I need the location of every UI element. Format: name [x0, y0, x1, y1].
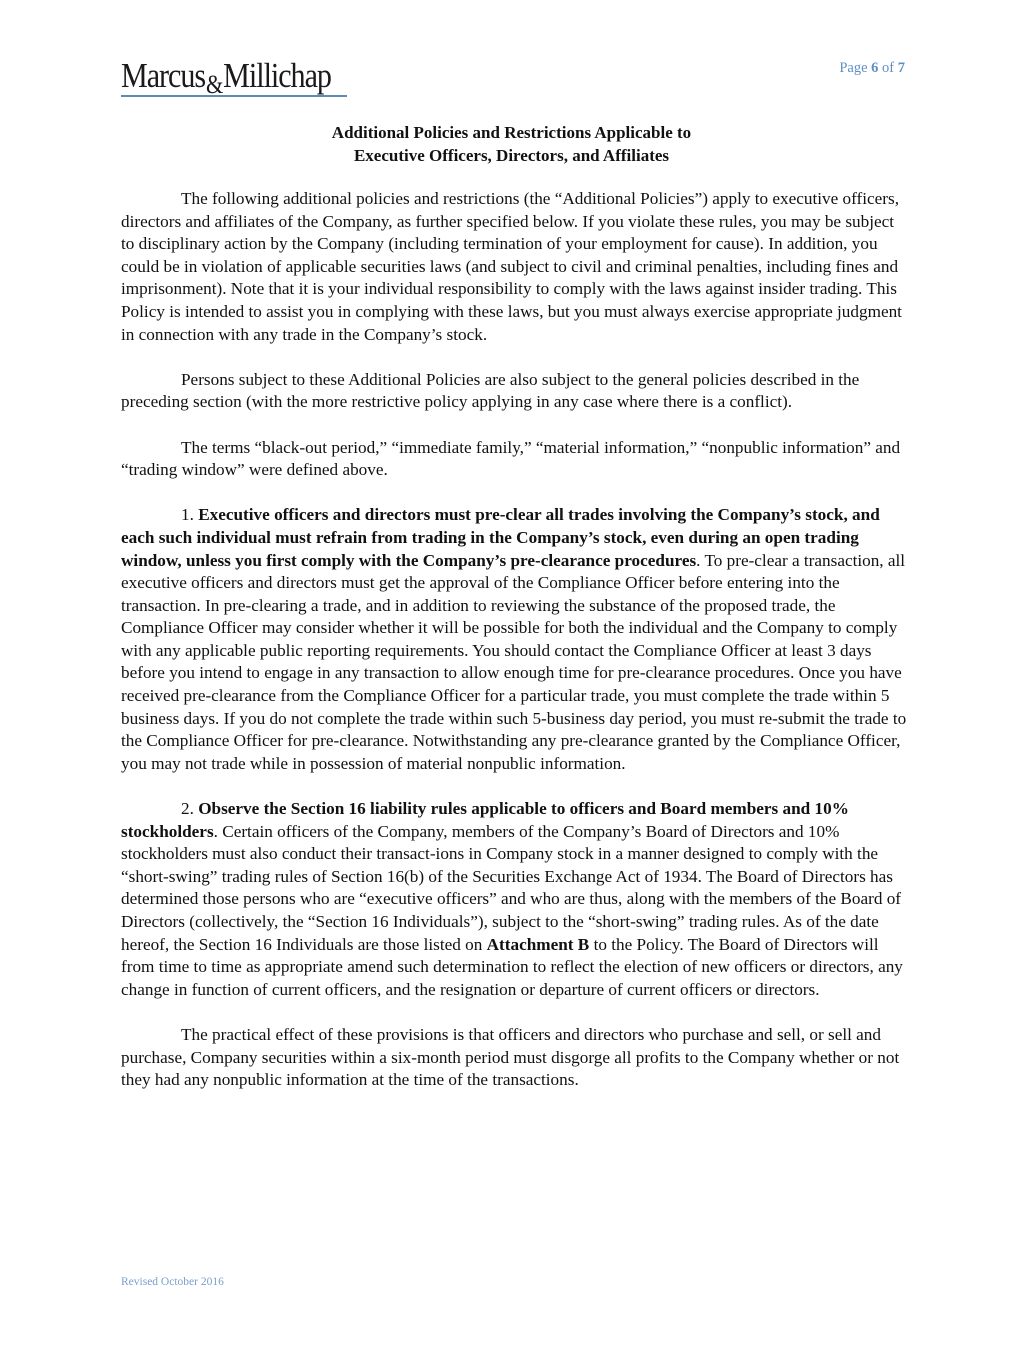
- attachment-b-reference: Attachment B: [487, 935, 590, 954]
- item-2-section-16: 2. Observe the Section 16 liability rule…: [121, 798, 907, 1001]
- page-of: of: [882, 60, 894, 76]
- page-label: Page: [839, 60, 867, 76]
- section-title: Additional Policies and Restrictions App…: [0, 122, 1023, 167]
- revision-footer: Revised October 2016: [121, 1276, 224, 1288]
- section-title-line-2: Executive Officers, Directors, and Affil…: [0, 145, 1023, 168]
- logo-underline: [121, 95, 347, 97]
- page-number: Page 6 of 7: [839, 60, 905, 77]
- item-1-text: . To pre-clear a transaction, all execut…: [121, 551, 906, 773]
- item-1-preclearance: 1. Executive officers and directors must…: [121, 504, 907, 775]
- section-title-line-1: Additional Policies and Restrictions App…: [0, 122, 1023, 145]
- company-logo: Marcus&Millichap: [121, 58, 347, 97]
- logo-word-millichap: Millichap: [223, 56, 331, 95]
- page-current: 6: [871, 60, 878, 76]
- logo-word-marcus: Marcus: [121, 56, 205, 95]
- practical-effect-paragraph: The practical effect of these provisions…: [121, 1024, 907, 1092]
- item-1-number: 1.: [181, 505, 198, 524]
- document-body: The following additional policies and re…: [121, 188, 907, 1114]
- item-2-number: 2.: [181, 799, 198, 818]
- intro-paragraph: The following additional policies and re…: [121, 188, 907, 346]
- logo-wordmark: Marcus&Millichap: [121, 58, 315, 97]
- scope-paragraph: Persons subject to these Additional Poli…: [121, 369, 907, 414]
- page-total: 7: [898, 60, 905, 76]
- definitions-paragraph: The terms “black-out period,” “immediate…: [121, 437, 907, 482]
